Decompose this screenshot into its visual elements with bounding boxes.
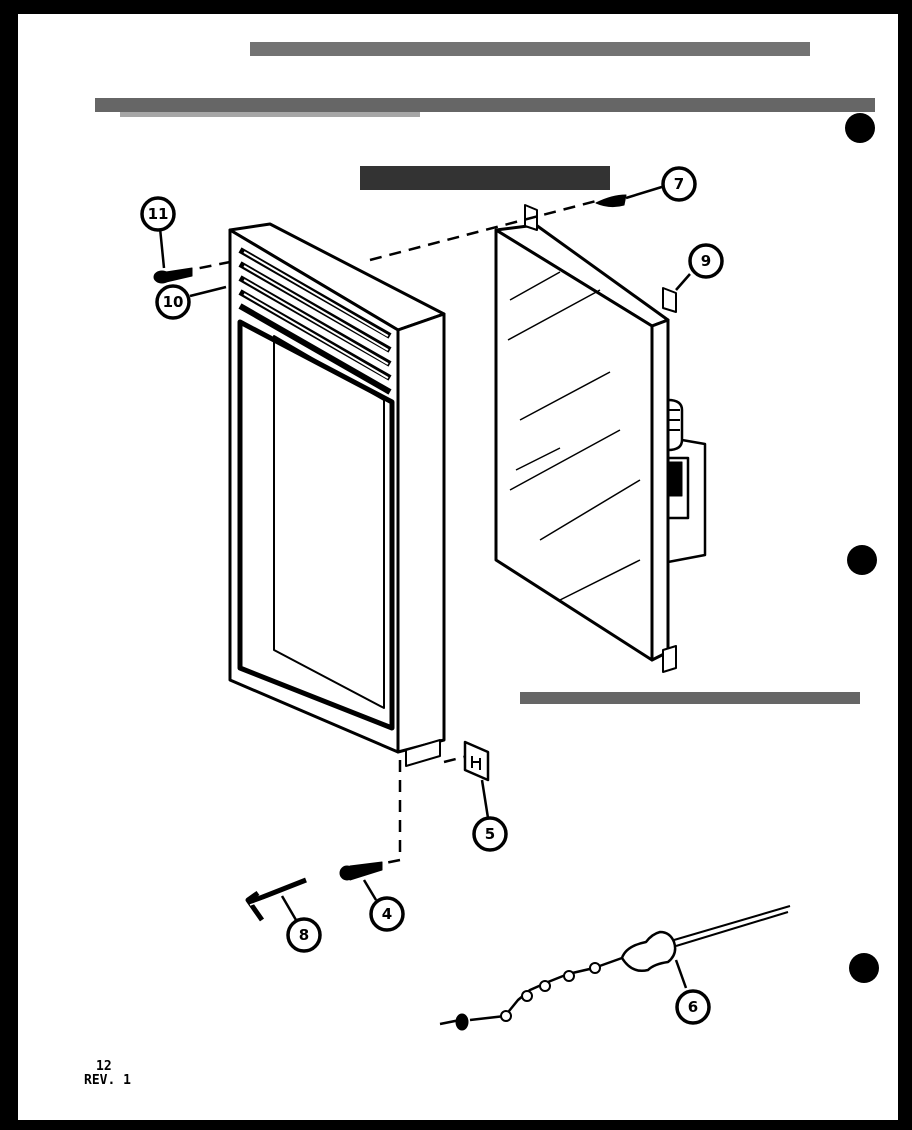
callout-9: 9 bbox=[690, 245, 722, 277]
grille-frame bbox=[230, 224, 444, 766]
svg-text:8: 8 bbox=[299, 926, 309, 944]
parts-diagram: 11 10 7 9 5 4 bbox=[0, 0, 912, 1130]
revision-label: REV. 1 bbox=[84, 1074, 131, 1088]
svg-text:9: 9 bbox=[701, 252, 711, 270]
svg-text:5: 5 bbox=[485, 825, 495, 843]
callout-4: 4 bbox=[371, 898, 403, 930]
page-number: 12 bbox=[96, 1060, 112, 1074]
svg-text:6: 6 bbox=[688, 998, 698, 1016]
parts-diagram-page: 11 10 7 9 5 4 bbox=[0, 0, 912, 1130]
callout-7: 7 bbox=[663, 168, 695, 200]
callout-6: 6 bbox=[677, 991, 709, 1023]
svg-text:10: 10 bbox=[163, 293, 184, 311]
callout-11: 11 bbox=[142, 198, 174, 230]
callout-5: 5 bbox=[474, 818, 506, 850]
svg-text:11: 11 bbox=[148, 205, 169, 223]
svg-text:4: 4 bbox=[382, 905, 392, 923]
callout-10: 10 bbox=[157, 286, 189, 318]
callout-8: 8 bbox=[288, 919, 320, 951]
svg-text:7: 7 bbox=[674, 175, 684, 193]
